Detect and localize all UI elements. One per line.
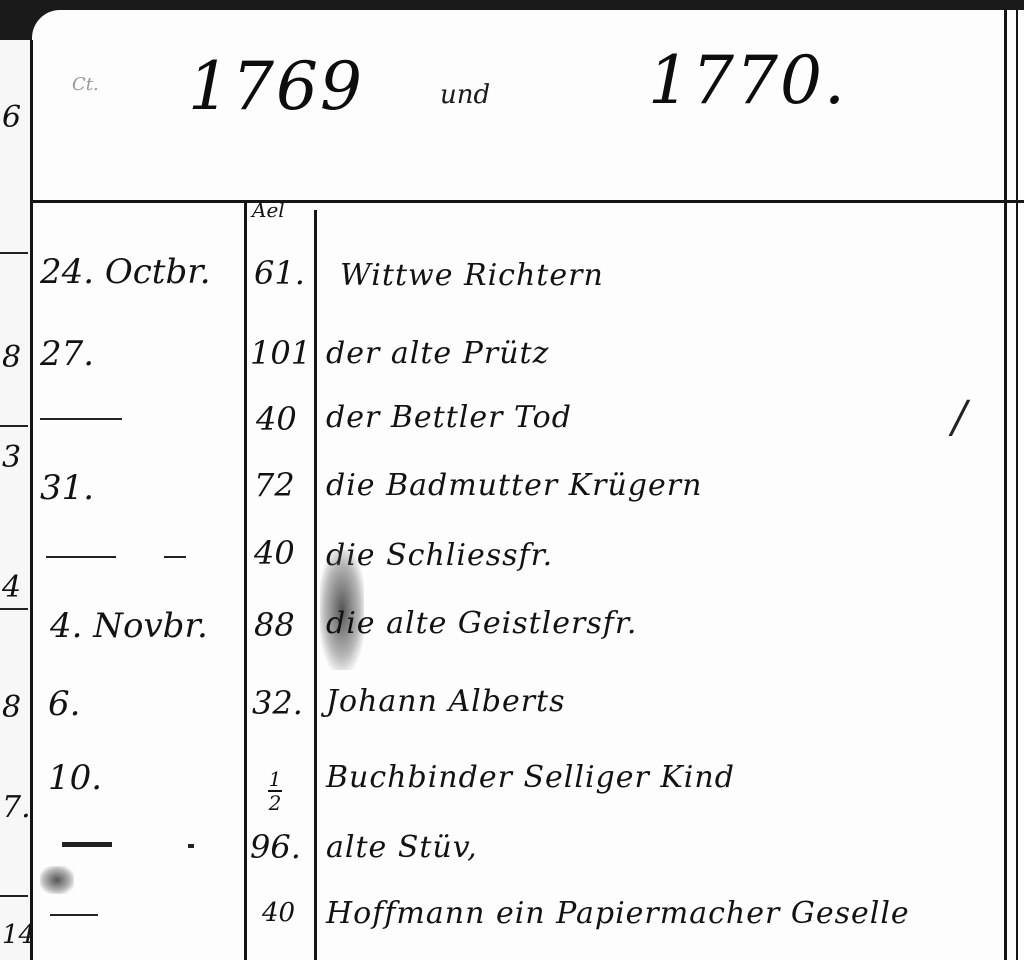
entry-name: der alte Prütz (326, 336, 549, 371)
margin-rule (0, 608, 28, 610)
entry-age: 32. (252, 684, 303, 722)
entry-date: 6. (48, 684, 80, 724)
title-conjunction: und (440, 80, 490, 110)
ditto-line (50, 914, 98, 916)
margin-rule (0, 425, 28, 427)
margin-mark: 7. (2, 790, 31, 825)
ditto-line (46, 556, 116, 558)
entry-age: 40 (262, 898, 295, 928)
right-margin-rule-outer (1016, 10, 1018, 960)
title-prefix: Ct. (72, 74, 99, 95)
previous-page-margin: 6 8 3 4 8 7. 14 (0, 40, 30, 960)
entry-age: 40 (256, 400, 297, 438)
entry-date: 10. (48, 758, 102, 798)
margin-mark: 3 (2, 440, 21, 475)
margin-mark: 4 (2, 570, 21, 605)
ditto-line (40, 418, 122, 420)
entry-name: Hoffmann ein Papiermacher Geselle (326, 896, 910, 931)
fraction-bar (268, 790, 282, 792)
entry-name: Buchbinder Selliger Kind (326, 760, 735, 795)
margin-mark: 6 (2, 100, 21, 135)
column-rule-date-age (244, 200, 247, 960)
ink-blot (40, 866, 74, 894)
margin-rule (0, 895, 28, 897)
age-column-header: Ael (252, 198, 285, 222)
entry-date: 4. Novbr. (50, 606, 208, 646)
entry-name: Wittwe Richtern (340, 258, 604, 293)
entry-age: 72 (254, 466, 295, 504)
entry-name: der Bettler Tod (326, 400, 572, 435)
gutter-line (30, 40, 33, 960)
margin-mark: 8 (2, 340, 21, 375)
entry-name: die Badmutter Krügern (326, 468, 702, 503)
entry-date: 27. (40, 334, 94, 374)
ditto-line (164, 556, 186, 558)
entry-age: 88 (254, 606, 295, 644)
entry-name: Johann Alberts (326, 684, 565, 719)
right-margin-rule (1004, 10, 1007, 960)
ditto-dot (188, 844, 194, 848)
title-year-start: 1769 (188, 48, 364, 125)
entry-name: alte Stüv, (326, 830, 478, 865)
entry-date: 24. Octbr. (40, 252, 211, 292)
header-rule (32, 200, 1024, 203)
entry-age: 101 (250, 334, 311, 372)
entry-age: 96. (250, 828, 301, 866)
entry-age-fraction: 12 (268, 770, 282, 812)
margin-rule (0, 252, 28, 254)
entry-name: die alte Geistlersfr. (326, 606, 637, 641)
margin-tick-mark: / (952, 392, 967, 443)
entry-age: 61. (254, 254, 305, 292)
margin-mark: 8 (2, 690, 21, 725)
ditto-mark (62, 842, 112, 847)
title-year-end: 1770. (648, 42, 847, 119)
entry-age: 40 (254, 534, 295, 572)
column-rule-age-name (314, 210, 317, 960)
entry-date: 31. (40, 468, 94, 508)
